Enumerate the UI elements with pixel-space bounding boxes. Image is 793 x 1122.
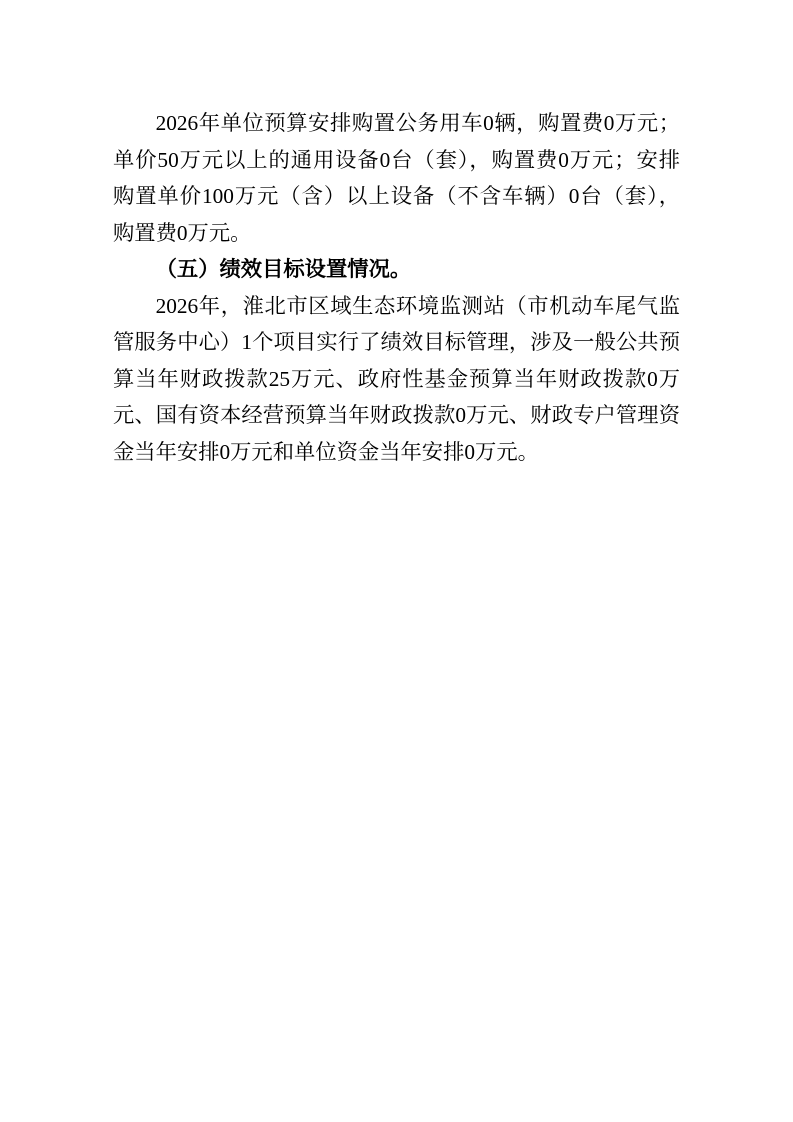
paragraph-line: 2026年，淮北市区域生态环境监测站（市机动车尾气监 [113, 288, 680, 325]
document-text-block: 2026年单位预算安排购置公务用车0辆，购置费0万元； 单价50万元以上的通用设… [113, 105, 680, 470]
paragraph-line: 2026年单位预算安排购置公务用车0辆，购置费0万元； [113, 105, 680, 142]
paragraph-line: 单价50万元以上的通用设备0台（套），购置费0万元；安排 [113, 142, 680, 179]
section-heading: （五）绩效目标设置情况。 [113, 251, 680, 288]
paragraph-line: 管服务中心）1个项目实行了绩效目标管理，涉及一般公共预 [113, 324, 680, 361]
paragraph-line: 金当年安排0万元和单位资金当年安排0万元。 [113, 434, 680, 471]
performance-paragraph: 2026年，淮北市区域生态环境监测站（市机动车尾气监 管服务中心）1个项目实行了… [113, 288, 680, 471]
paragraph-line: 元、国有资本经营预算当年财政拨款0万元、财政专户管理资 [113, 397, 680, 434]
paragraph-line: 算当年财政拨款25万元、政府性基金预算当年财政拨款0万 [113, 361, 680, 398]
document-page: 2026年单位预算安排购置公务用车0辆，购置费0万元； 单价50万元以上的通用设… [0, 0, 793, 1122]
paragraph-line: 购置单价100万元（含）以上设备（不含车辆）0台（套）， [113, 178, 680, 215]
procurement-paragraph: 2026年单位预算安排购置公务用车0辆，购置费0万元； 单价50万元以上的通用设… [113, 105, 680, 251]
paragraph-line: 购置费0万元。 [113, 215, 680, 252]
